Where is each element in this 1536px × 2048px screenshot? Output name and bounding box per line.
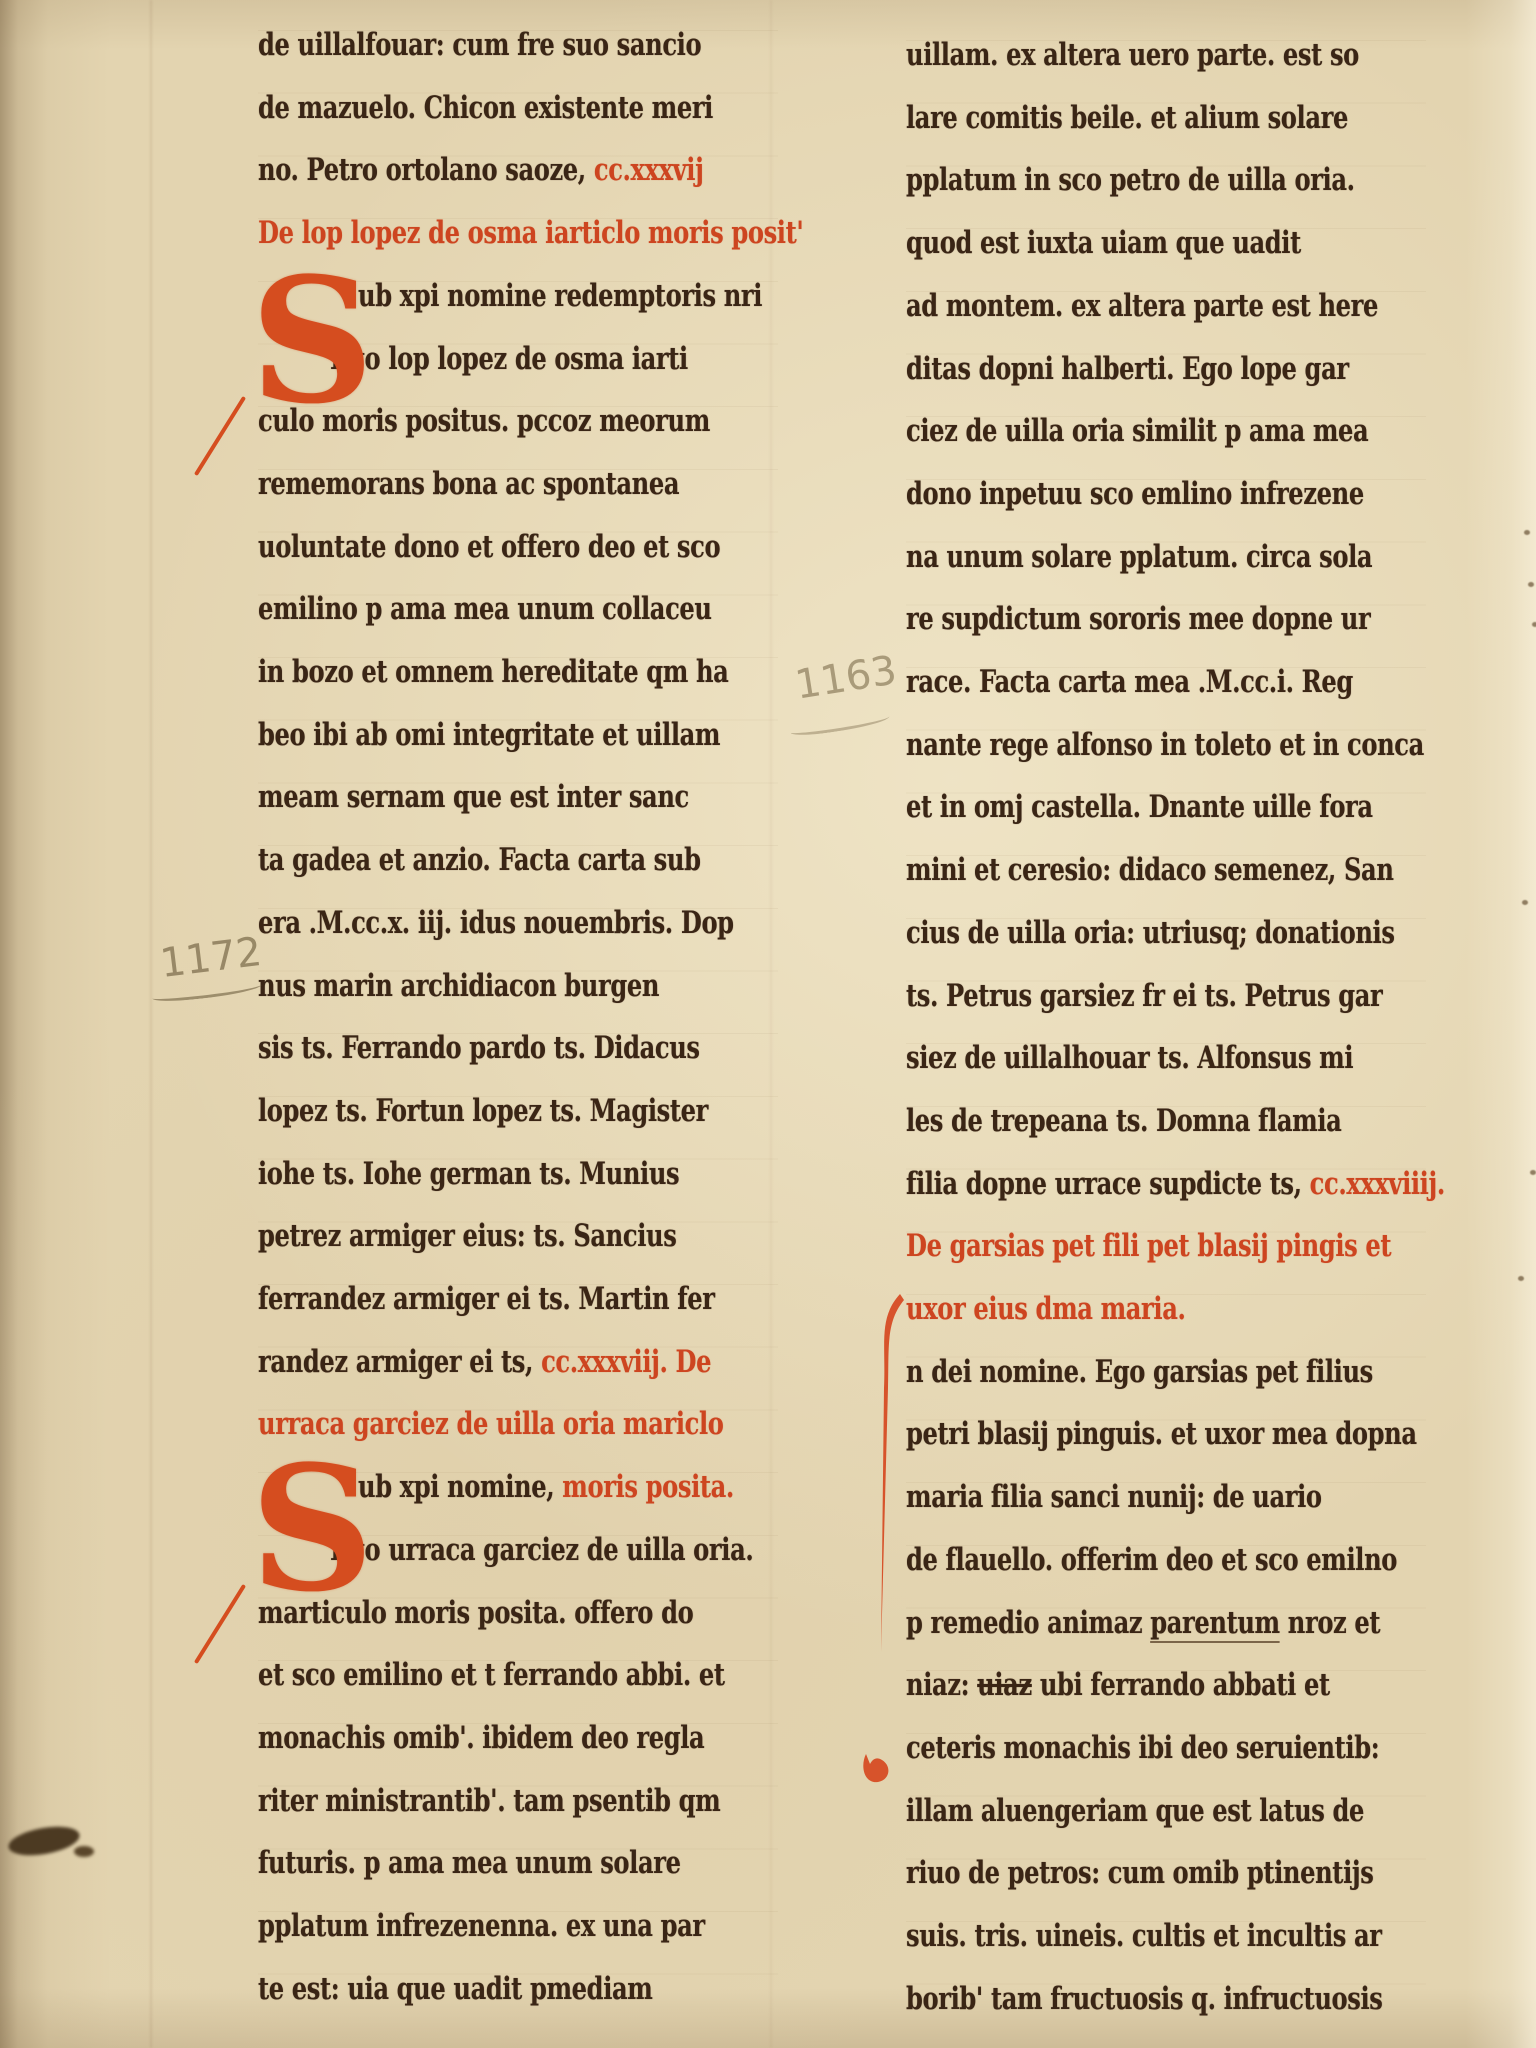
text-line-right-19: filia dopne urrace supdicte ts, cc.xxxvi… (906, 1169, 1445, 1200)
body-text: petrez armiger eius: ts. Sancius (258, 1218, 676, 1254)
text-line-right-23: petri blasij pinguis. et uxor mea dopna (906, 1419, 1417, 1450)
body-text: nante rege alfonso in toleto et in conca (906, 727, 1424, 763)
body-text: uiaz (977, 1667, 1032, 1703)
rubric-text: uxor eius dma maria. (906, 1291, 1186, 1327)
body-text: ta gadea et anzio. Facta carta sub (258, 842, 701, 878)
body-text: de mazuelo. Chicon existente meri (258, 90, 713, 126)
text-line-left-32: te est: uia que uadit pmediam (258, 1974, 652, 2005)
text-line-right-18: les de trepeana ts. Domna flamia (906, 1106, 1341, 1137)
body-text: n dei nomine. Ego garsias pet filius (906, 1354, 1373, 1390)
parchment-speck (1524, 530, 1530, 535)
rubric-text: cc.xxxviiij. (1310, 1166, 1445, 1202)
body-text: beo ibi ab omi integritate et uillam (258, 717, 720, 753)
body-text: suis. tris. uineis. cultis et incultis a… (906, 1918, 1382, 1954)
initial-tail-flourish (194, 396, 246, 476)
ink-smudge (6, 1822, 81, 1860)
body-text: riuo de petros: cum omib ptinentijs (906, 1855, 1373, 1891)
text-line-right-8: dono inpetuu sco emlino infrezene (906, 479, 1364, 510)
parchment-speck (1530, 1170, 1536, 1175)
body-text: et in omj castella. Dnante uille fora (906, 789, 1373, 825)
text-line-left-29: riter ministrantib'. tam psentib qm (258, 1786, 720, 1817)
body-text: lopez ts. Fortun lopez ts. Magister (258, 1093, 708, 1129)
text-line-right-25: de flauello. offerim deo et sco emilno (906, 1545, 1397, 1576)
text-line-right-12: nante rege alfonso in toleto et in conca (906, 730, 1424, 761)
body-text: futuris. p ama mea unum solare (258, 1845, 681, 1881)
body-text: meam sernam que est inter sanc (258, 779, 689, 815)
text-line-left-31: pplatum infrezenenna. ex una par (258, 1911, 705, 1942)
text-line-left-1: de uillalfouar: cum fre suo sancio (258, 30, 701, 61)
body-text: ts. Petrus garsiez fr ei ts. Petrus gar (906, 978, 1382, 1014)
initial-glyph: S (250, 239, 374, 442)
text-line-left-8: rememorans bona ac spontanea (258, 469, 679, 500)
body-text: era .M.cc.x. iij. idus nouembris. Dop (258, 905, 734, 941)
parchment-speck (1532, 622, 1536, 627)
body-text: ub xpi nomine redemptoris nri (358, 278, 762, 314)
text-line-right-7: ciez de uilla oria similit p ama mea (906, 416, 1368, 447)
initial-tail-flourish (194, 1584, 246, 1664)
body-text: iohe ts. Iohe german ts. Munius (258, 1156, 679, 1192)
body-text: niaz: (906, 1667, 977, 1703)
text-line-right-15: cius de uilla oria: utriusq; donationis (906, 918, 1395, 949)
body-text: les de trepeana ts. Domna flamia (906, 1103, 1341, 1139)
text-line-right-20: De garsias pet fili pet blasij pingis et (906, 1231, 1391, 1262)
body-text: ceteris monachis ibi deo seruientib: (906, 1730, 1379, 1766)
body-text: Ego urraca garciez de uilla oria. (330, 1532, 753, 1568)
body-text: dono inpetuu sco emlino infrezene (906, 476, 1364, 512)
text-line-left-5: ub xpi nomine redemptoris nri (358, 281, 762, 312)
rubric-text: cc.xxxvij (594, 152, 704, 188)
body-text: cius de uilla oria: utriusq; donationis (906, 915, 1395, 951)
text-line-left-11: in bozo et omnem hereditate qm ha (258, 657, 728, 688)
text-line-left-27: et sco emilino et t ferrando abbi. et (258, 1660, 725, 1691)
body-text: quod est iuxta uiam que uadit (906, 225, 1301, 261)
body-text: no. Petro ortolano saoze, (258, 152, 594, 188)
text-line-left-2: de mazuelo. Chicon existente meri (258, 93, 713, 124)
text-line-left-21: ferrandez armiger ei ts. Martin fer (258, 1284, 715, 1315)
body-text: borib' tam fructuosis q. infructuosis (906, 1981, 1382, 2017)
body-text: nus marin archidiacon burgen (258, 968, 659, 1004)
body-text: Ego lop lopez de osma iarti (330, 341, 688, 377)
body-text: pplatum infrezenenna. ex una par (258, 1908, 705, 1944)
body-text: de flauello. offerim deo et sco emilno (906, 1542, 1397, 1578)
parchment-speck (1522, 900, 1528, 905)
text-line-right-24: maria filia sanci nunij: de uario (906, 1482, 1322, 1513)
body-text: emilino p ama mea unum collaceu (258, 591, 712, 627)
text-line-right-6: ditas dopni halberti. Ego lope gar (906, 354, 1349, 385)
text-line-right-32: borib' tam fructuosis q. infructuosis (906, 1984, 1382, 2015)
text-line-right-31: suis. tris. uineis. cultis et incultis a… (906, 1921, 1382, 1952)
text-line-left-16: nus marin archidiacon burgen (258, 971, 659, 1002)
body-text: lare comitis beile. et alium solare (906, 100, 1348, 136)
text-line-right-28: ceteris monachis ibi deo seruientib: (906, 1733, 1379, 1764)
body-text: de uillalfouar: cum fre suo sancio (258, 27, 701, 63)
text-line-left-18: lopez ts. Fortun lopez ts. Magister (258, 1096, 708, 1127)
text-line-right-5: ad montem. ex altera parte est here (906, 291, 1378, 322)
text-line-left-19: iohe ts. Iohe german ts. Munius (258, 1159, 679, 1190)
body-text: race. Facta carta mea .M.cc.i. Reg (906, 664, 1353, 700)
text-line-left-13: meam sernam que est inter sanc (258, 782, 689, 813)
body-text: illam aluengeriam que est latus de (906, 1793, 1364, 1829)
body-text: ciez de uilla oria similit p ama mea (906, 413, 1368, 449)
body-text: p remedio animaz (906, 1605, 1150, 1641)
body-text: na unum solare pplatum. circa sola (906, 539, 1372, 575)
text-line-left-20: petrez armiger eius: ts. Sancius (258, 1221, 676, 1252)
text-line-left-3: no. Petro ortolano saoze, cc.xxxvij (258, 155, 703, 186)
text-line-right-26: p remedio animaz parentum nroz et (906, 1608, 1380, 1639)
body-text: monachis omib'. ibidem deo regla (258, 1720, 704, 1756)
body-text: parentum (1150, 1605, 1279, 1643)
initial-glyph: S (250, 1427, 374, 1630)
body-text: uoluntate dono et offero deo et sco (258, 529, 720, 565)
body-text: ad montem. ex altera parte est here (906, 288, 1378, 324)
text-line-right-13: et in omj castella. Dnante uille fora (906, 792, 1373, 823)
body-text: re supdictum sororis mee dopne ur (906, 601, 1370, 637)
text-line-right-4: quod est iuxta uiam que uadit (906, 228, 1301, 259)
body-text: filia dopne urrace supdicte ts, (906, 1166, 1310, 1202)
text-line-left-22: randez armiger ei ts, cc.xxxviij. De (258, 1347, 711, 1378)
text-line-left-25: Ego urraca garciez de uilla oria. (330, 1535, 753, 1566)
text-line-left-6: Ego lop lopez de osma iarti (330, 344, 688, 375)
illuminated-initial-i (856, 1292, 908, 1792)
parchment-crease-left (150, 0, 152, 2048)
text-column-right: uillam. ex altera uero parte. est solare… (906, 40, 1426, 2030)
text-line-right-3: pplatum in sco petro de uilla oria. (906, 165, 1355, 196)
text-line-left-10: emilino p ama mea unum collaceu (258, 594, 712, 625)
text-line-left-30: futuris. p ama mea unum solare (258, 1848, 681, 1879)
text-line-right-29: illam aluengeriam que est latus de (906, 1796, 1364, 1827)
body-text: ferrandez armiger ei ts. Martin fer (258, 1281, 715, 1317)
initial-i-swash (856, 1292, 908, 1792)
text-line-right-9: na unum solare pplatum. circa sola (906, 542, 1372, 573)
body-text: siez de uillalhouar ts. Alfonsus mi (906, 1040, 1353, 1076)
text-line-left-24: ub xpi nomine, moris posita. (358, 1472, 734, 1503)
body-text: riter ministrantib'. tam psentib qm (258, 1783, 720, 1819)
text-line-right-16: ts. Petrus garsiez fr ei ts. Petrus gar (906, 981, 1382, 1012)
body-text: et sco emilino et t ferrando abbi. et (258, 1657, 725, 1693)
margin-note-era-1163: 1163 (792, 647, 900, 708)
parchment-speck (1518, 1276, 1524, 1281)
text-line-right-11: race. Facta carta mea .M.cc.i. Reg (906, 667, 1353, 698)
text-line-right-1: uillam. ex altera uero parte. est so (906, 40, 1359, 71)
body-text: ditas dopni halberti. Ego lope gar (906, 351, 1349, 387)
body-text: sis ts. Ferrando pardo ts. Didacus (258, 1030, 700, 1066)
body-text: uillam. ex altera uero parte. est so (906, 37, 1359, 73)
text-line-right-30: riuo de petros: cum omib ptinentijs (906, 1858, 1373, 1889)
body-text: ub xpi nomine, (358, 1469, 562, 1505)
text-line-left-14: ta gadea et anzio. Facta carta sub (258, 845, 701, 876)
parchment-speck (1528, 582, 1534, 587)
body-text: pplatum in sco petro de uilla oria. (906, 162, 1355, 198)
body-text: in bozo et omnem hereditate qm ha (258, 654, 728, 690)
margin-note-era-1172: 1172 (158, 929, 265, 987)
rubric-text: De garsias pet fili pet blasij pingis et (906, 1228, 1391, 1264)
rubric-text: moris posita. (562, 1469, 734, 1505)
body-text: nroz et (1280, 1605, 1380, 1641)
body-text: te est: uia que uadit pmediam (258, 1971, 652, 2007)
text-line-right-21: uxor eius dma maria. (906, 1294, 1186, 1325)
parchment-page: de uillalfouar: cum fre suo sanciode maz… (0, 0, 1536, 2048)
ink-smudge-small (74, 1846, 94, 1857)
illuminated-initial-s-second: S (250, 1460, 374, 1598)
body-text: petri blasij pinguis. et uxor mea dopna (906, 1416, 1417, 1452)
text-line-left-15: era .M.cc.x. iij. idus nouembris. Dop (258, 908, 734, 939)
text-line-left-12: beo ibi ab omi integritate et uillam (258, 720, 720, 751)
text-line-right-22: n dei nomine. Ego garsias pet filius (906, 1357, 1373, 1388)
text-line-left-17: sis ts. Ferrando pardo ts. Didacus (258, 1033, 700, 1064)
text-line-right-27: niaz: uiaz ubi ferrando abbati et (906, 1670, 1330, 1701)
text-line-right-14: mini et ceresio: didaco semenez, San (906, 855, 1394, 886)
body-text: ubi ferrando abbati et (1032, 1667, 1330, 1703)
body-text: mini et ceresio: didaco semenez, San (906, 852, 1394, 888)
body-text: maria filia sanci nunij: de uario (906, 1479, 1322, 1515)
text-line-left-9: uoluntate dono et offero deo et sco (258, 532, 720, 563)
text-line-right-2: lare comitis beile. et alium solare (906, 103, 1348, 134)
margin-note-underline (790, 711, 891, 738)
rubric-text: cc.xxxviij. De (541, 1344, 711, 1380)
illuminated-initial-s-first: S (250, 272, 374, 410)
text-line-left-28: monachis omib'. ibidem deo regla (258, 1723, 704, 1754)
body-text: randez armiger ei ts, (258, 1344, 541, 1380)
text-line-right-10: re supdictum sororis mee dopne ur (906, 604, 1370, 635)
text-line-right-17: siez de uillalhouar ts. Alfonsus mi (906, 1043, 1353, 1074)
body-text: rememorans bona ac spontanea (258, 466, 679, 502)
